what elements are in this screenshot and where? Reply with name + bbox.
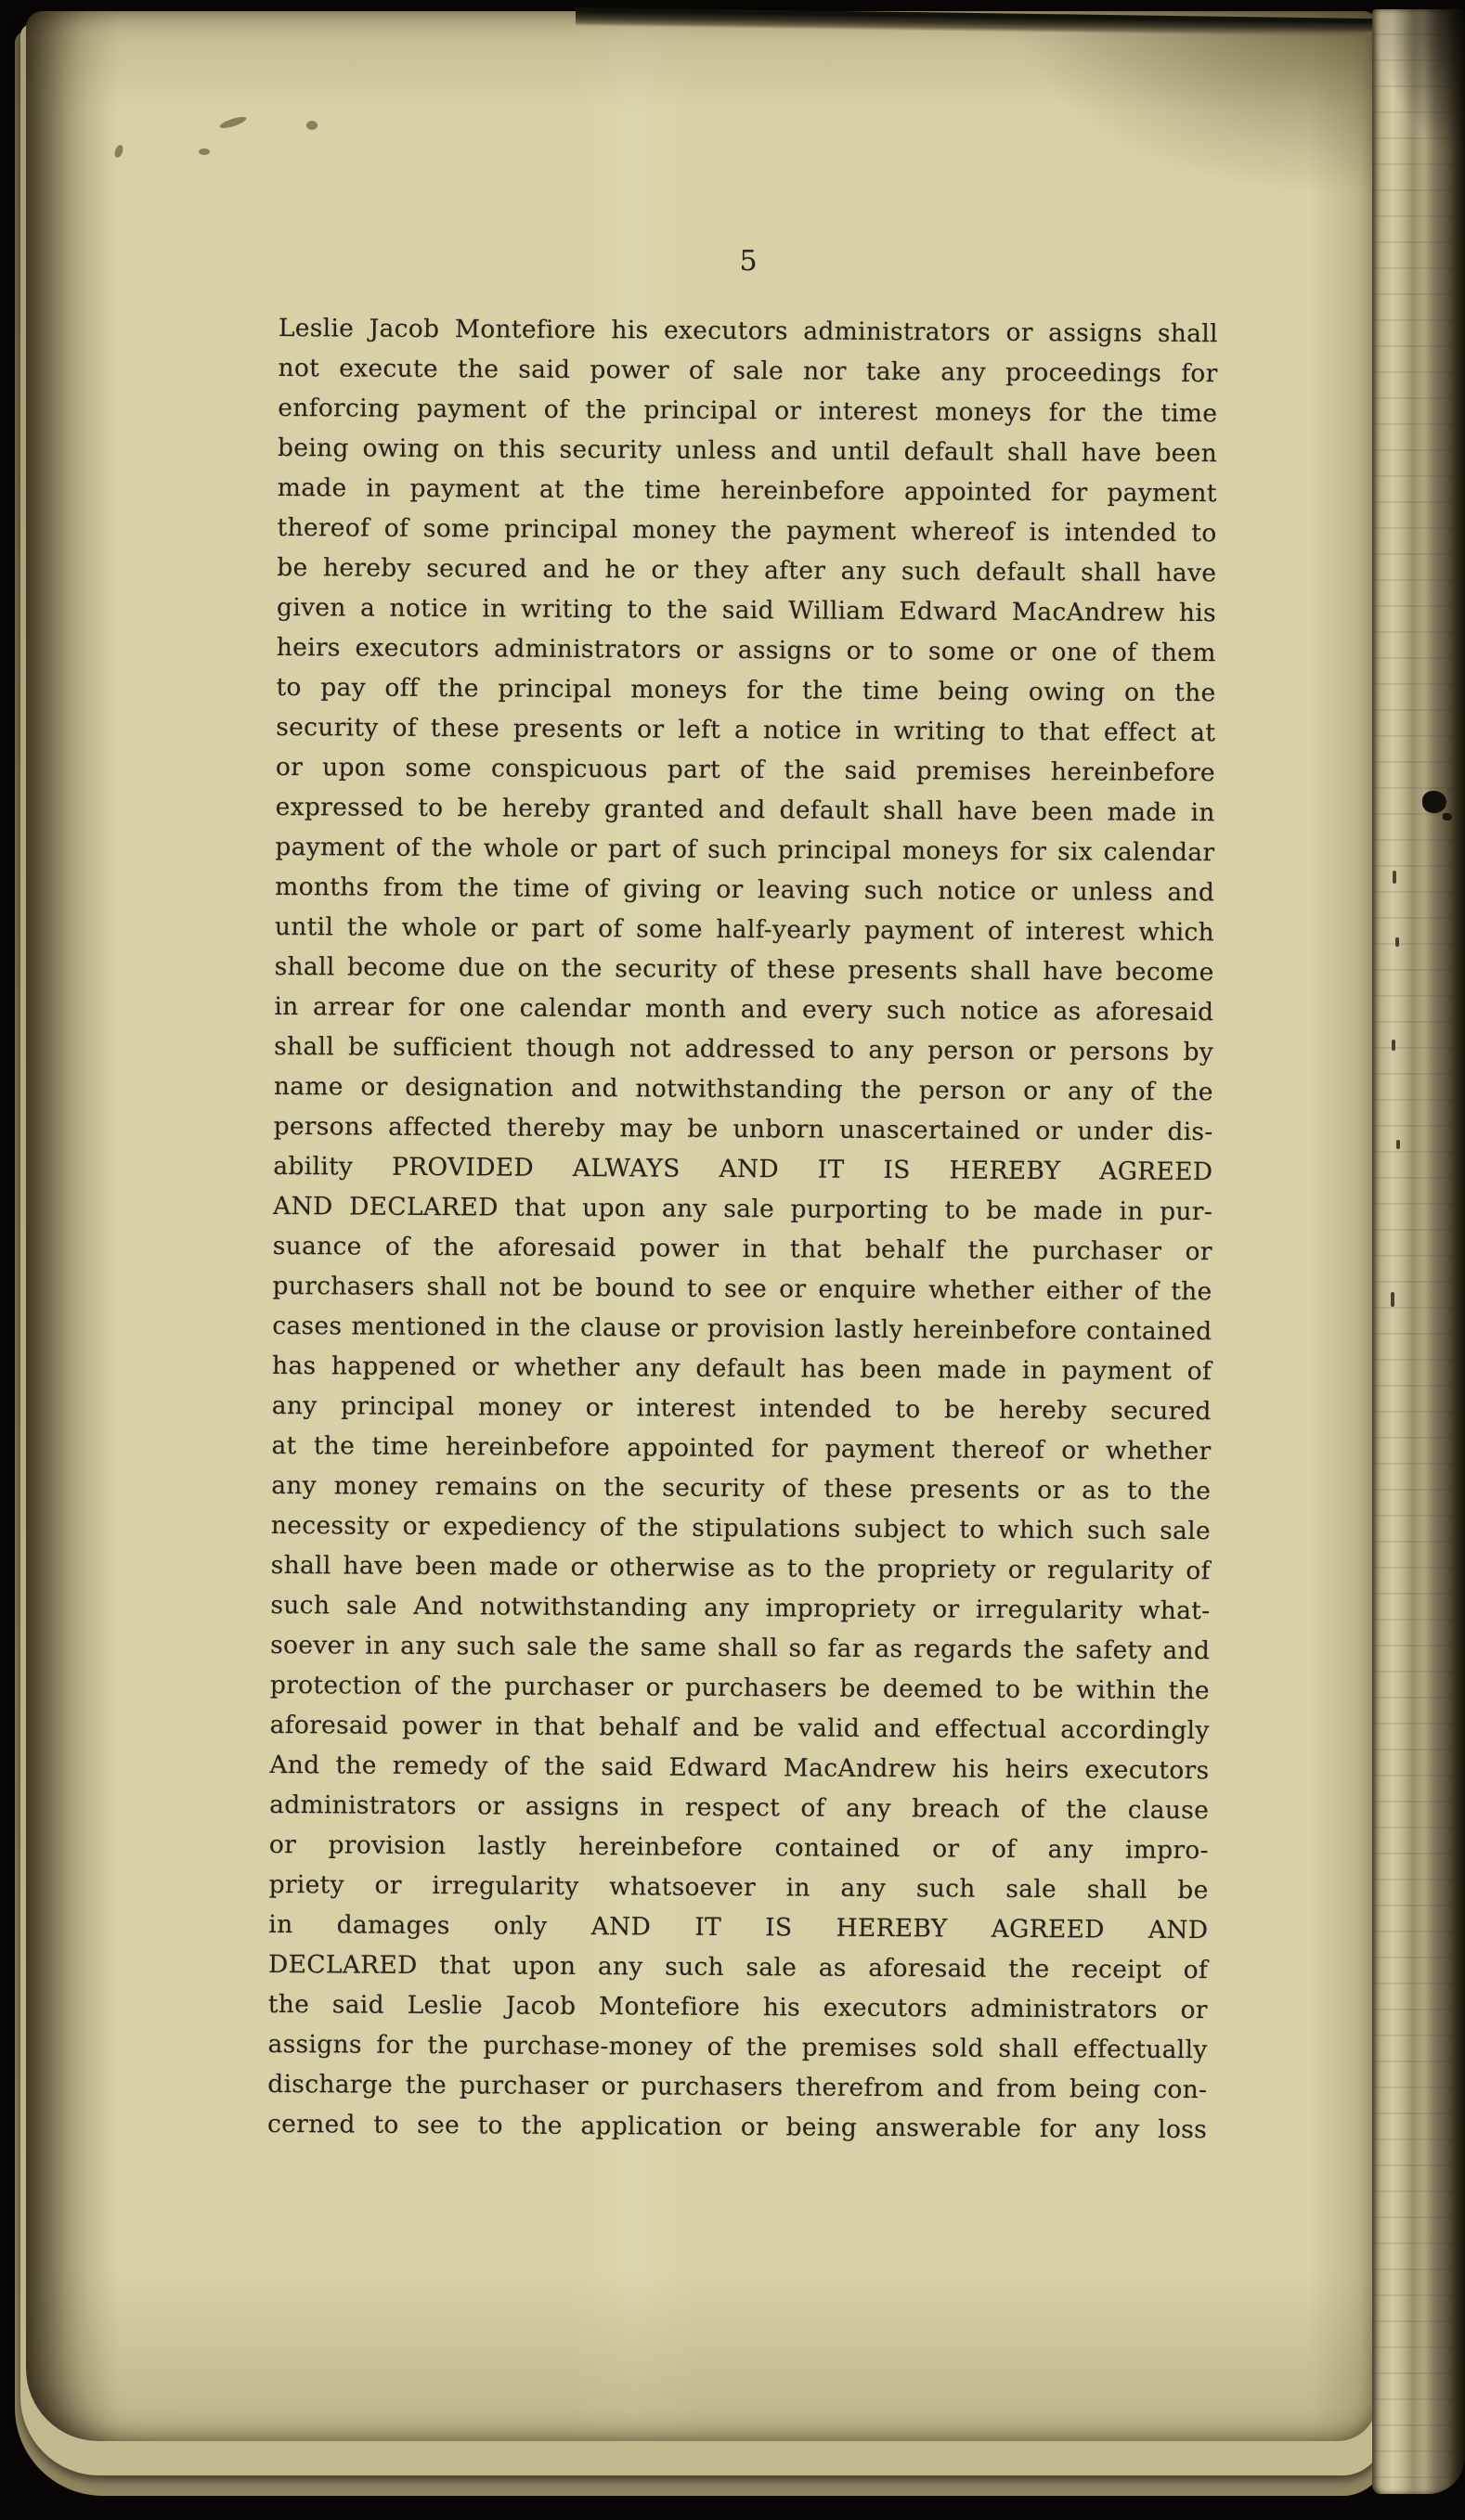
text-line: aforesaid power in that behalf and be va… — [270, 1705, 1210, 1751]
text-line: not execute the said power of sale nor t… — [278, 348, 1217, 394]
text-line: suance of the aforesaid power in that be… — [273, 1226, 1212, 1272]
page-number: 5 — [279, 245, 1218, 278]
book-scan: 5 Leslie Jacob Montefiore his executors … — [0, 0, 1465, 2520]
text-line: expressed to be hereby granted and defau… — [276, 787, 1215, 833]
text-line: or upon some conspicuous part of the sai… — [276, 747, 1215, 793]
text-line: has happened or whether any default has … — [272, 1346, 1212, 1391]
text-line: assigns for the purchase-money of the pr… — [267, 2024, 1207, 2070]
fore-edge-dash-mark — [1392, 1040, 1395, 1051]
text-line: thereof of some principal money the paym… — [277, 508, 1216, 553]
text-line: payment of the whole or part of such pri… — [275, 827, 1214, 872]
text-line: any money remains on the security of the… — [271, 1466, 1211, 1511]
text-line: necessity or expediency of the stipulati… — [271, 1506, 1211, 1551]
text-line: shall have been made or otherwise as to … — [271, 1545, 1211, 1591]
text-line: the said Leslie Jacob Montefiore his exe… — [268, 1984, 1208, 2030]
text-line: months from the time of giving or leavin… — [275, 867, 1214, 912]
text-line: purchasers shall not be bound to see or … — [272, 1266, 1212, 1312]
fore-edge-dash-mark — [1391, 1292, 1394, 1307]
fore-edge-shadow — [1354, 0, 1465, 213]
text-line: shall become due on the security of thes… — [275, 947, 1214, 992]
paper-speck — [199, 149, 210, 155]
text-line: security of these presents or left a not… — [276, 707, 1215, 753]
text-line: discharge the purchaser or purchasers th… — [267, 2064, 1207, 2110]
text-line: ability PROVIDED ALWAYS AND IT IS HEREBY… — [273, 1146, 1212, 1192]
text-line: until the whole or part of some half-yea… — [275, 907, 1214, 952]
text-line: in arrear for one calendar month and eve… — [274, 987, 1213, 1032]
text-block: Leslie Jacob Montefiore his executors ad… — [267, 308, 1218, 2150]
text-line: be hereby secured and he or they after a… — [277, 548, 1216, 593]
text-line: protection of the purchaser or purchaser… — [270, 1665, 1210, 1711]
text-line: shall be sufficient though not addressed… — [274, 1027, 1213, 1072]
text-line: priety or irregularity whatsoever in any… — [268, 1865, 1208, 1910]
text-line: heirs executors administrators or assign… — [277, 627, 1216, 673]
text-line: any principal money or interest intended… — [272, 1386, 1212, 1431]
text-line: administrators or assigns in respect of … — [269, 1785, 1209, 1830]
fore-edge-ink-mark — [1422, 791, 1446, 813]
fore-edge-dash-mark — [1393, 871, 1396, 884]
fore-edge-dash-mark — [1396, 1140, 1400, 1149]
text-line: DECLARED that upon any such sale as afor… — [268, 1945, 1208, 1990]
text-line: soever in any such sale the same shall s… — [270, 1625, 1210, 1671]
text-line: enforcing payment of the principal or in… — [278, 388, 1217, 433]
text-line: cerned to see to the application or bein… — [267, 2104, 1207, 2150]
text-line: AND DECLARED that upon any sale purporti… — [273, 1186, 1212, 1232]
text-line: such sale And notwithstanding any improp… — [270, 1585, 1210, 1631]
book-fore-edge — [1372, 9, 1465, 2494]
page: 5 Leslie Jacob Montefiore his executors … — [26, 11, 1377, 2441]
text-line: being owing on this security unless and … — [278, 428, 1217, 473]
paper-speck — [306, 121, 318, 130]
text-line: name or designation and notwithstanding … — [274, 1066, 1213, 1112]
text-line: in damages only AND IT IS HEREBY AGREED … — [268, 1905, 1208, 1950]
text-line: made in payment at the time hereinbefore… — [278, 468, 1217, 513]
fore-edge-dash-mark — [1395, 937, 1399, 947]
text-line: at the time hereinbefore appointed for p… — [271, 1426, 1211, 1471]
text-line: Leslie Jacob Montefiore his executors ad… — [279, 308, 1218, 354]
text-line: persons affected thereby may be unborn u… — [273, 1106, 1212, 1152]
text-line: And the remedy of the said Edward MacAnd… — [269, 1745, 1209, 1790]
text-line: or provision lastly hereinbefore contain… — [269, 1825, 1209, 1870]
text-line: to pay off the principal moneys for the … — [276, 667, 1215, 713]
text-line: cases mentioned in the clause or provisi… — [272, 1306, 1212, 1351]
text-line: given a notice in writing to the said Wi… — [277, 588, 1216, 633]
